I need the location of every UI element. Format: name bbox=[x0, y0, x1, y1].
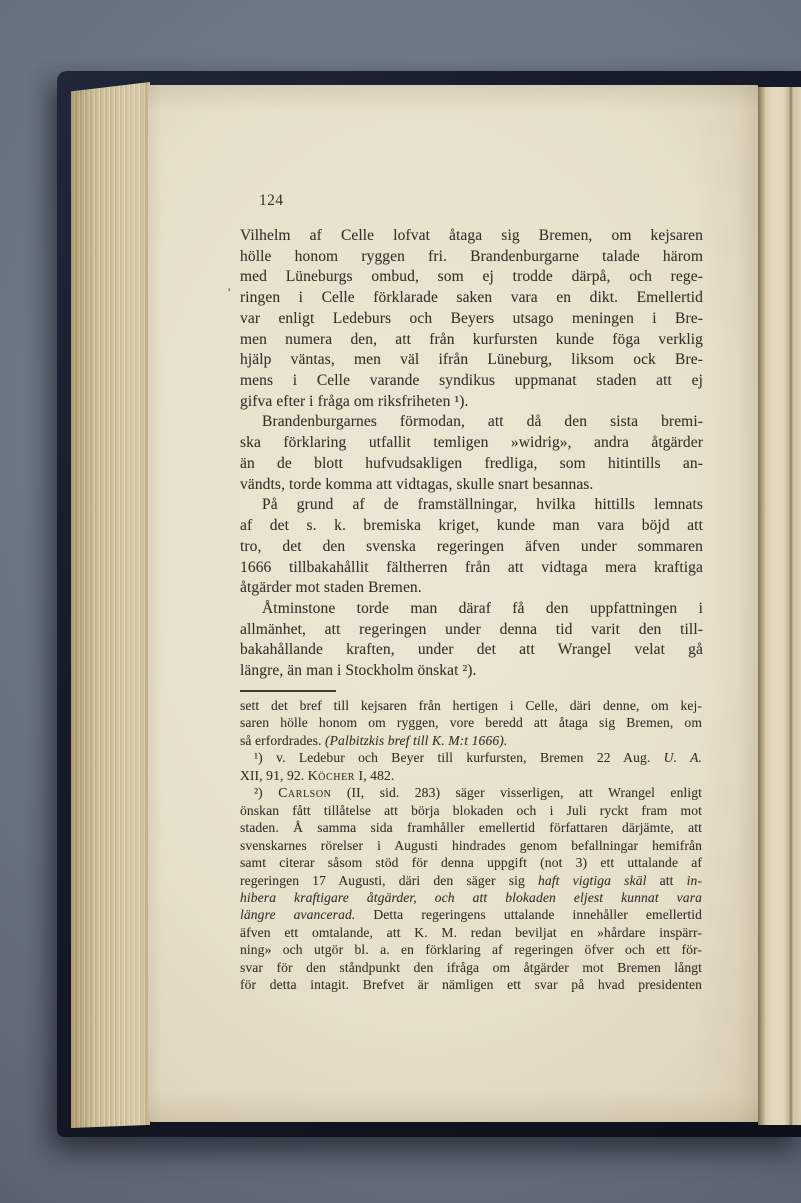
footnote-line-segment: Carlson bbox=[278, 785, 331, 800]
body-line: Brandenburgarnes förmodan, att då den si… bbox=[240, 412, 703, 433]
footnote-line: för detta intagit. Brefvet är nämligen e… bbox=[240, 976, 702, 993]
footnote-line-segment: (Palbitzkis bref till K. M:t 1666). bbox=[325, 733, 507, 748]
footnote-line: ¹) v. Ledebur och Beyer till kurfursten,… bbox=[240, 749, 702, 766]
book-page: 124 ' Vilhelm af Celle lofvat åtaga sig … bbox=[148, 85, 758, 1122]
footnote-line-segment: för detta intagit. Brefvet är nämligen e… bbox=[240, 977, 702, 992]
body-line: Åtminstone torde man däraf få den uppfat… bbox=[240, 599, 703, 620]
footnote-line-segment: staden. Å samma sida framhåller emellert… bbox=[240, 820, 702, 835]
body-line: På grund af de framställningar, hvilka h… bbox=[240, 495, 703, 516]
body-line: än de blott hufvudsakligen fredliga, som… bbox=[240, 454, 703, 475]
facing-page-edge bbox=[758, 87, 801, 1125]
footnote-line-segment: ²) bbox=[254, 785, 278, 800]
footnote-line: äfven ett omtalande, att K. M. redan bev… bbox=[240, 924, 702, 941]
footnote-line: önskan fått tillåtelse att börja blokade… bbox=[240, 802, 702, 819]
body-line-segment: 1666 tillbakahållit fältherren från att … bbox=[240, 559, 703, 576]
body-line: med Lüneburgs ombud, som ej trodde därpå… bbox=[240, 267, 703, 288]
footnote-line-segment: in- bbox=[687, 873, 702, 888]
body-line: gifva efter i fråga om riksfriheten ¹). bbox=[240, 392, 703, 413]
footnote-line-segment: Detta regeringens uttalande innehåller e… bbox=[355, 907, 702, 922]
footnote-line: regeringen 17 Augusti, däri den säger si… bbox=[240, 872, 702, 889]
body-line: mens i Celle varande syndikus uppmanat s… bbox=[240, 371, 703, 392]
footnote-line-segment: ¹) v. Ledebur och Beyer till kurfursten,… bbox=[254, 750, 664, 765]
footnote-line: sett det bref till kejsaren från hertige… bbox=[240, 697, 702, 714]
footnote-line-segment: XII, 91, 92. bbox=[240, 768, 308, 783]
body-line: allmänhet, att regeringen under denna ti… bbox=[240, 620, 703, 641]
footnote-line-segment: svenskarnes rörelser i Augusti hindrades… bbox=[240, 838, 702, 853]
footnote-line-segment: hibera kraftigare åtgärder, och att blok… bbox=[240, 890, 702, 905]
body-line: var enligt Ledeburs och Beyers utsago me… bbox=[240, 309, 703, 330]
body-line-segment: ska förklaring utfallit temligen »widrig… bbox=[240, 434, 703, 451]
footnote-text: sett det bref till kejsaren från hertige… bbox=[240, 697, 702, 994]
body-line: af det s. k. bremiska kriget, kunde man … bbox=[240, 516, 703, 537]
body-line-segment: mens i Celle varande syndikus uppmanat s… bbox=[240, 372, 703, 389]
page-number: 124 bbox=[259, 192, 283, 210]
footnote-line-segment: samt citerar såsom stöd för denna uppgif… bbox=[240, 855, 702, 870]
footnote-line: ²) Carlson (II, sid. 283) säger visserli… bbox=[240, 784, 702, 801]
body-text: Vilhelm af Celle lofvat åtaga sig Bremen… bbox=[240, 226, 703, 682]
body-line-segment: allmänhet, att regeringen under denna ti… bbox=[240, 621, 703, 638]
print-artifact-mark: ' bbox=[228, 285, 230, 301]
footnote-line: längre avancerad. Detta regeringens utta… bbox=[240, 906, 702, 923]
body-line-segment: med Lüneburgs ombud, som ej trodde därpå… bbox=[240, 268, 703, 285]
page-stack-edges bbox=[71, 82, 150, 1128]
body-line-segment: hjälp väntas, men väl ifrån Lüneburg, li… bbox=[240, 351, 703, 368]
footnote-line: saren hölle honom om ryggen, vore beredd… bbox=[240, 714, 702, 731]
footnote-line-segment: I, 482. bbox=[355, 768, 394, 783]
body-line-segment: tro, det den svenska regeringen äfven un… bbox=[240, 538, 703, 555]
body-line: men numera den, att från kurfursten kund… bbox=[240, 330, 703, 351]
footnote-line-segment: längre avancerad. bbox=[240, 907, 355, 922]
body-line: åtgärder mot staden Bremen. bbox=[240, 578, 703, 599]
body-line-segment: Vilhelm af Celle lofvat åtaga sig Bremen… bbox=[240, 227, 703, 244]
body-line: hjälp väntas, men väl ifrån Lüneburg, li… bbox=[240, 350, 703, 371]
footnote-line-segment: saren hölle honom om ryggen, vore beredd… bbox=[240, 715, 702, 730]
footnote-line: hibera kraftigare åtgärder, och att blok… bbox=[240, 889, 702, 906]
body-line: hölle honom ryggen fri. Brandenburgarne … bbox=[240, 247, 703, 268]
desk-background: 124 ' Vilhelm af Celle lofvat åtaga sig … bbox=[0, 0, 801, 1203]
body-line: vändts, torde komma att vidtagas, skulle… bbox=[240, 475, 703, 496]
footnote-separator bbox=[240, 690, 336, 692]
body-line-segment: hölle honom ryggen fri. Brandenburgarne … bbox=[240, 248, 703, 265]
body-line-segment: ringen i Celle förklarade saken vara en … bbox=[240, 289, 703, 306]
body-line-segment: än de blott hufvudsakligen fredliga, som… bbox=[240, 455, 703, 472]
footnote-line-segment: regeringen 17 Augusti, däri den säger si… bbox=[240, 873, 538, 888]
body-line: Vilhelm af Celle lofvat åtaga sig Bremen… bbox=[240, 226, 703, 247]
body-line: ringen i Celle förklarade saken vara en … bbox=[240, 288, 703, 309]
footnote-line-segment: (II, sid. 283) säger visserligen, att Wr… bbox=[332, 785, 703, 800]
body-line: bakahållande kraften, under det att Wran… bbox=[240, 640, 703, 661]
footnote-line: svenskarnes rörelser i Augusti hindrades… bbox=[240, 837, 702, 854]
footnote-line-segment: U. A. bbox=[664, 750, 702, 765]
footnote-line: samt citerar såsom stöd för denna uppgif… bbox=[240, 854, 702, 871]
footnote-line-segment: ning» och utgör bl. a. en förklaring af … bbox=[240, 942, 702, 957]
body-line: längre, än man i Stockholm önskat ²). bbox=[240, 661, 703, 682]
body-line-segment: af det s. k. bremiska kriget, kunde man … bbox=[240, 517, 703, 534]
footnote-line-segment: äfven ett omtalande, att K. M. redan bev… bbox=[240, 925, 702, 940]
footnote-line-segment: så erfordrades. bbox=[240, 733, 325, 748]
body-line-segment: bakahållande kraften, under det att Wran… bbox=[240, 641, 703, 658]
footnote-line-segment: att bbox=[646, 873, 686, 888]
footnote-line-segment: önskan fått tillåtelse att börja blokade… bbox=[240, 803, 702, 818]
footnote-line-segment: svar för den ståndpunkt den ifråga om åt… bbox=[240, 960, 702, 975]
body-line-segment: längre, än man i Stockholm önskat ²). bbox=[240, 662, 477, 679]
footnote-line: ning» och utgör bl. a. en förklaring af … bbox=[240, 941, 702, 958]
footnote-line-segment: haft vigtiga skäl bbox=[538, 873, 647, 888]
footnote-line: så erfordrades. (Palbitzkis bref till K.… bbox=[240, 732, 702, 749]
body-line-segment: men numera den, att från kurfursten kund… bbox=[240, 331, 703, 348]
footnote-line: svar för den ståndpunkt den ifråga om åt… bbox=[240, 959, 702, 976]
body-line-segment: Brandenburgarnes förmodan, att då den si… bbox=[262, 413, 703, 430]
body-line-segment: gifva efter i fråga om riksfriheten ¹). bbox=[240, 393, 468, 410]
body-line-segment: vändts, torde komma att vidtagas, skulle… bbox=[240, 476, 593, 493]
body-line: ska förklaring utfallit temligen »widrig… bbox=[240, 433, 703, 454]
footnote-line: XII, 91, 92. Köcher I, 482. bbox=[240, 767, 702, 784]
body-line: 1666 tillbakahållit fältherren från att … bbox=[240, 558, 703, 579]
body-line-segment: Åtminstone torde man däraf få den uppfat… bbox=[262, 600, 703, 617]
body-line-segment: På grund af de framställningar, hvilka h… bbox=[262, 496, 703, 513]
body-line-segment: var enligt Ledeburs och Beyers utsago me… bbox=[240, 310, 703, 327]
body-line-segment: åtgärder mot staden Bremen. bbox=[240, 579, 422, 596]
footnote-line-segment: sett det bref till kejsaren från hertige… bbox=[240, 698, 702, 713]
body-line: tro, det den svenska regeringen äfven un… bbox=[240, 537, 703, 558]
footnote-line-segment: Köcher bbox=[308, 768, 355, 783]
footnote-line: staden. Å samma sida framhåller emellert… bbox=[240, 819, 702, 836]
